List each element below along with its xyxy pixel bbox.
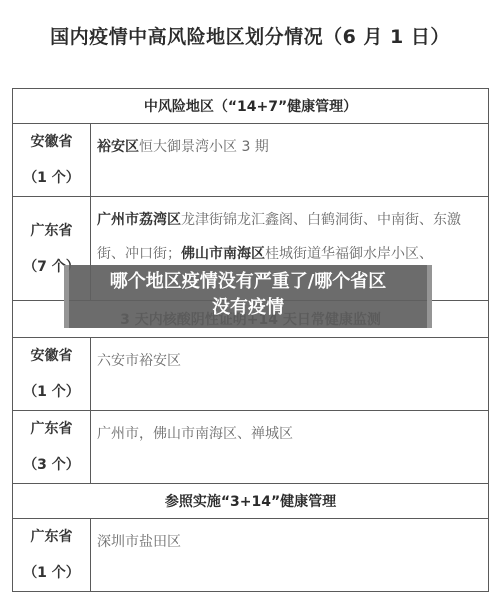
area-detail: 桂城街道华福御水岸小区、 — [265, 246, 433, 262]
banner-line-1: 哪个地区疫情没有严重了/哪个省区 — [69, 269, 427, 295]
province-name: 广东省 — [13, 411, 90, 447]
province-name: 广东省 — [13, 519, 90, 555]
area-district: 广州市荔湾区 — [97, 212, 181, 228]
area-district: 裕安区 — [97, 139, 139, 155]
province-cell: 安徽省 （1 个） — [13, 124, 91, 197]
area-district: 佛山市南海区 — [181, 246, 265, 262]
province-name: 安徽省 — [13, 124, 90, 160]
area-cell: 广州市，佛山市南海区、禅城区 — [91, 411, 489, 484]
area-detail: 六安市裕安区 — [97, 353, 181, 369]
table-row: 广东省 （3 个） 广州市，佛山市南海区、禅城区 — [13, 411, 489, 484]
page-title: 国内疫情中高风险地区划分情况（6 月 1 日） — [0, 22, 500, 49]
province-count: （1 个） — [13, 374, 90, 410]
province-count: （1 个） — [13, 160, 90, 196]
banner-line-2: 没有疫情 — [69, 295, 427, 321]
area-detail: 恒大御景湾小区 3 期 — [139, 139, 269, 155]
table-row: 安徽省 （1 个） 六安市裕安区 — [13, 338, 489, 411]
province-cell: 广东省 （3 个） — [13, 411, 91, 484]
area-cell: 裕安区恒大御景湾小区 3 期 — [91, 124, 489, 197]
area-detail: 深圳市盐田区 — [97, 534, 181, 550]
province-cell: 广东省 （1 个） — [13, 519, 91, 592]
section-header-row: 参照实施“3+14”健康管理 — [13, 484, 489, 519]
province-count: （1 个） — [13, 555, 90, 591]
table-row: 安徽省 （1 个） 裕安区恒大御景湾小区 3 期 — [13, 124, 489, 197]
province-count: （3 个） — [13, 447, 90, 483]
province-name: 广东省 — [13, 213, 90, 249]
section-header-row: 中风险地区（“14+7”健康管理） — [13, 89, 489, 124]
headline-banner: 哪个地区疫情没有严重了/哪个省区 没有疫情 — [64, 265, 432, 328]
table-row: 广东省 （1 个） 深圳市盐田区 — [13, 519, 489, 592]
province-name: 安徽省 — [13, 338, 90, 374]
section-header-medium-risk: 中风险地区（“14+7”健康管理） — [13, 89, 489, 124]
area-cell: 深圳市盐田区 — [91, 519, 489, 592]
area-detail: 广州市，佛山市南海区、禅城区 — [97, 426, 293, 442]
province-cell: 安徽省 （1 个） — [13, 338, 91, 411]
risk-area-table: 中风险地区（“14+7”健康管理） 安徽省 （1 个） 裕安区恒大御景湾小区 3… — [12, 88, 489, 592]
area-cell: 六安市裕安区 — [91, 338, 489, 411]
section-header-reference: 参照实施“3+14”健康管理 — [13, 484, 489, 519]
